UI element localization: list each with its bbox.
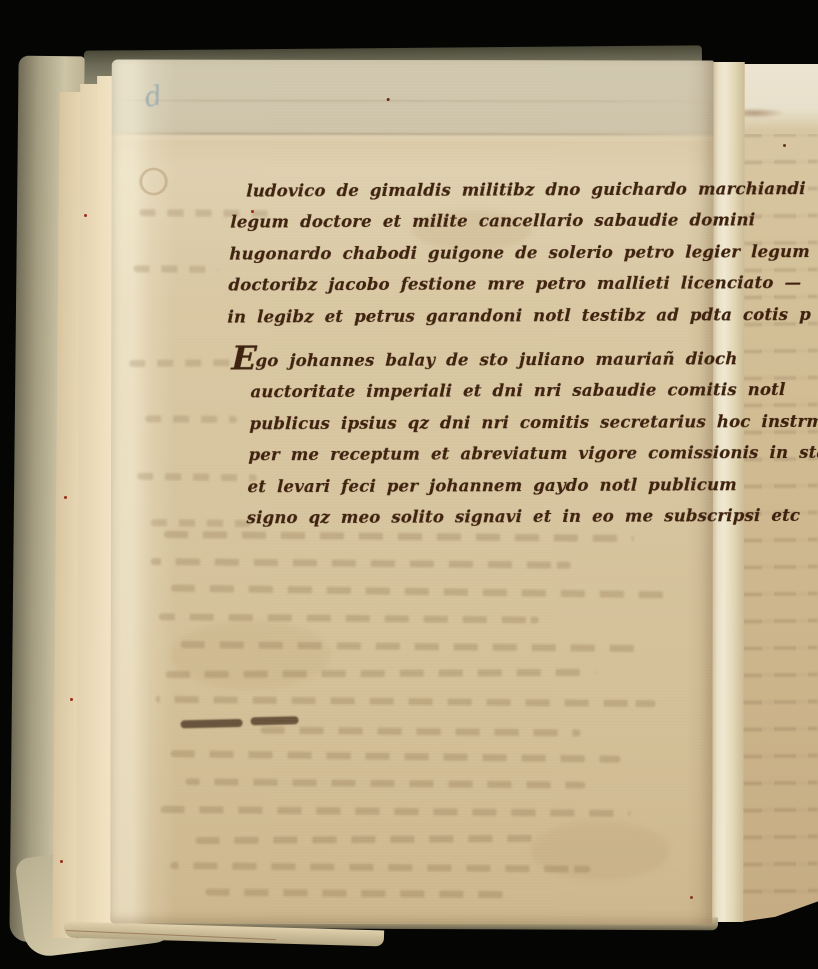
manuscript-line: Ego johannes balay de sto juliano mauria… [231, 340, 818, 377]
red-edge-fleck [64, 496, 67, 499]
under-page-stain [740, 108, 786, 118]
manuscript-paragraph-2: Ego johannes balay de sto juliano mauria… [226, 340, 818, 534]
flourished-initial: E [231, 338, 256, 377]
manuscript-line: per me receptum et abreviatum vigore com… [228, 437, 818, 471]
bled-ink-stroke [251, 716, 299, 725]
paper-stain [530, 820, 670, 880]
manuscript-page: d [110, 59, 714, 924]
red-edge-fleck [70, 698, 73, 701]
manuscript-line: auctoritate imperiali et dni nri sabaudi… [230, 374, 818, 408]
page-crease [112, 99, 714, 102]
ink-speck [387, 98, 390, 101]
red-edge-fleck [84, 214, 87, 217]
manuscript-line: et levari feci per johannem gaydo notl p… [227, 469, 818, 503]
manuscript-line: legum doctore et milite cancellario saba… [230, 204, 818, 238]
manuscript-line: hugonardo chabodi guigone de solerio pet… [229, 236, 818, 270]
bled-ink-stroke [181, 719, 243, 729]
pen-trial-mark: d [142, 80, 164, 114]
red-edge-fleck [251, 210, 254, 213]
paper-blemish [139, 168, 169, 196]
ink-speck [783, 144, 786, 147]
red-edge-fleck [690, 896, 693, 899]
manuscript-line: signo qz meo solito signavi et in eo me … [226, 500, 818, 534]
manuscript-line: ludovico de gimaldis militibz dno guicha… [231, 173, 818, 207]
manuscript-photo: d [0, 0, 818, 969]
manuscript-line-text: go johannes balay de sto juliano mauriañ… [255, 349, 738, 370]
manuscript-paragraph-1: ludovico de gimaldis militibz dno guicha… [227, 173, 818, 333]
manuscript-line: publicus ipsius qz dni nri comitis secre… [229, 406, 818, 440]
manuscript-line: doctoribz jacobo festione mre petro mall… [228, 267, 818, 301]
paper-stain [171, 620, 331, 690]
manuscript-line: in legibz et petrus garandoni notl testi… [227, 298, 818, 332]
red-edge-fleck [60, 860, 63, 863]
page-crease [112, 132, 714, 135]
